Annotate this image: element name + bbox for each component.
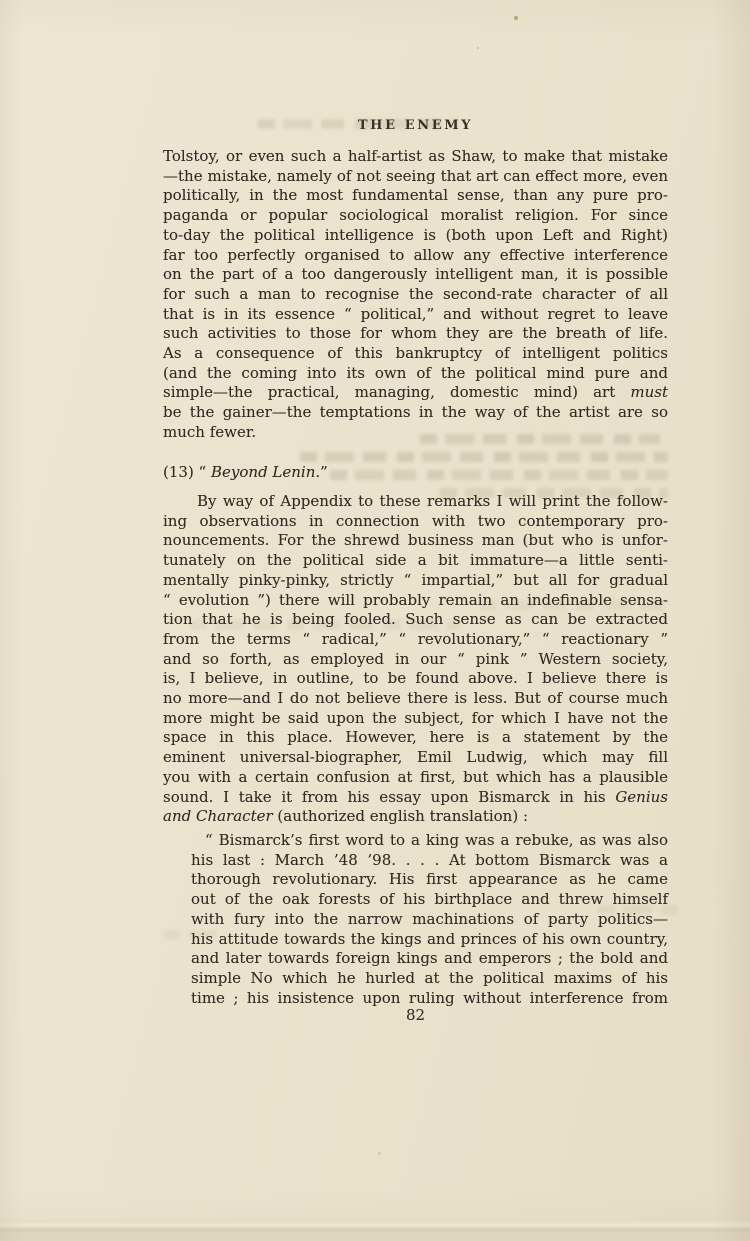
text-line: more might be said upon the subject, for… — [163, 709, 668, 729]
text-line: much fewer. — [163, 423, 668, 443]
text-line: thorough revolutionary. His first appear… — [191, 870, 668, 890]
running-header: THE ENEMY — [163, 118, 668, 133]
text-line: simple—the practical, managing, domestic… — [163, 383, 668, 403]
text-line: mentally pinky-pinky, strictly “ imparti… — [163, 571, 668, 591]
section-heading: (13) “ Beyond Lenin.” — [163, 463, 668, 483]
paper-speck — [378, 1152, 381, 1155]
text-line: By way of Appendix to these remarks I wi… — [163, 492, 668, 512]
text-line: sound. I take it from his essay upon Bis… — [163, 788, 668, 808]
text-line: to-day the political intelligence is (bo… — [163, 226, 668, 246]
text-line: no more—and I do not believe there is le… — [163, 689, 668, 709]
text-line: out of the oak forests of his birthplace… — [191, 890, 668, 910]
paper-speck — [514, 16, 518, 20]
text-line: be the gainer—the temptations in the way… — [163, 403, 668, 423]
page-bottom-edge — [0, 1220, 750, 1241]
text-line: and so forth, as employed in our “ pink … — [163, 650, 668, 670]
text-line: space in this place. However, here is a … — [163, 728, 668, 748]
text-line: simple No which he hurled at the politic… — [191, 969, 668, 989]
text-line: and Character (authorized english transl… — [163, 807, 668, 827]
text-line: his attitude towards the kings and princ… — [191, 930, 668, 950]
text-line: nouncements. For the shrewd business man… — [163, 531, 668, 551]
text-line: politically, in the most fundamental sen… — [163, 186, 668, 206]
body-paragraph: Tolstoy, or even such a half-artist as S… — [163, 147, 668, 443]
text-line: ing observations in connection with two … — [163, 512, 668, 532]
body-paragraph: By way of Appendix to these remarks I wi… — [163, 492, 668, 827]
blockquote: “ Bismarck’s first word to a king was a … — [191, 831, 668, 1008]
text-line: tion that he is being fooled. Such sense… — [163, 610, 668, 630]
text-line: (and the coming into its own of the poli… — [163, 364, 668, 384]
text-line: and later towards foreign kings and empe… — [191, 949, 668, 969]
text-line: “ evolution ”) there will probably remai… — [163, 591, 668, 611]
text-line: Tolstoy, or even such a half-artist as S… — [163, 147, 668, 167]
page-number: 82 — [163, 1006, 668, 1024]
text-line: As a consequence of this bankruptcy of i… — [163, 344, 668, 364]
text-line: far too perfectly organised to allow any… — [163, 246, 668, 266]
text-line: paganda or popular sociological moralist… — [163, 206, 668, 226]
text-line: such activities to those for whom they a… — [163, 324, 668, 344]
text-line: from the terms “ radical,” “ revolutiona… — [163, 630, 668, 650]
text-line: that is in its essence “ political,” and… — [163, 305, 668, 325]
text-line: on the part of a too dangerously intelli… — [163, 265, 668, 285]
text-line: you with a certain confusion at first, b… — [163, 768, 668, 788]
text-line: is, I believe, in outline, to be found a… — [163, 669, 668, 689]
text-line: his last : March ’48 ’98. . . . At botto… — [191, 851, 668, 871]
text-line: eminent universal-biographer, Emil Ludwi… — [163, 748, 668, 768]
bleed-through-text — [300, 452, 668, 462]
text-line: (13) “ Beyond Lenin.” — [163, 463, 668, 483]
text-line: with fury into the narrow machinations o… — [191, 910, 668, 930]
text-line: —the mistake, namely of not seeing that … — [163, 167, 668, 187]
book-page-scan: THE ENEMY Tolstoy, or even such a half-a… — [0, 0, 750, 1241]
text-line: for such a man to recognise the second-r… — [163, 285, 668, 305]
text-line: “ Bismarck’s first word to a king was a … — [191, 831, 668, 851]
text-line: tunately on the political side a bit imm… — [163, 551, 668, 571]
paper-speck — [477, 47, 479, 49]
